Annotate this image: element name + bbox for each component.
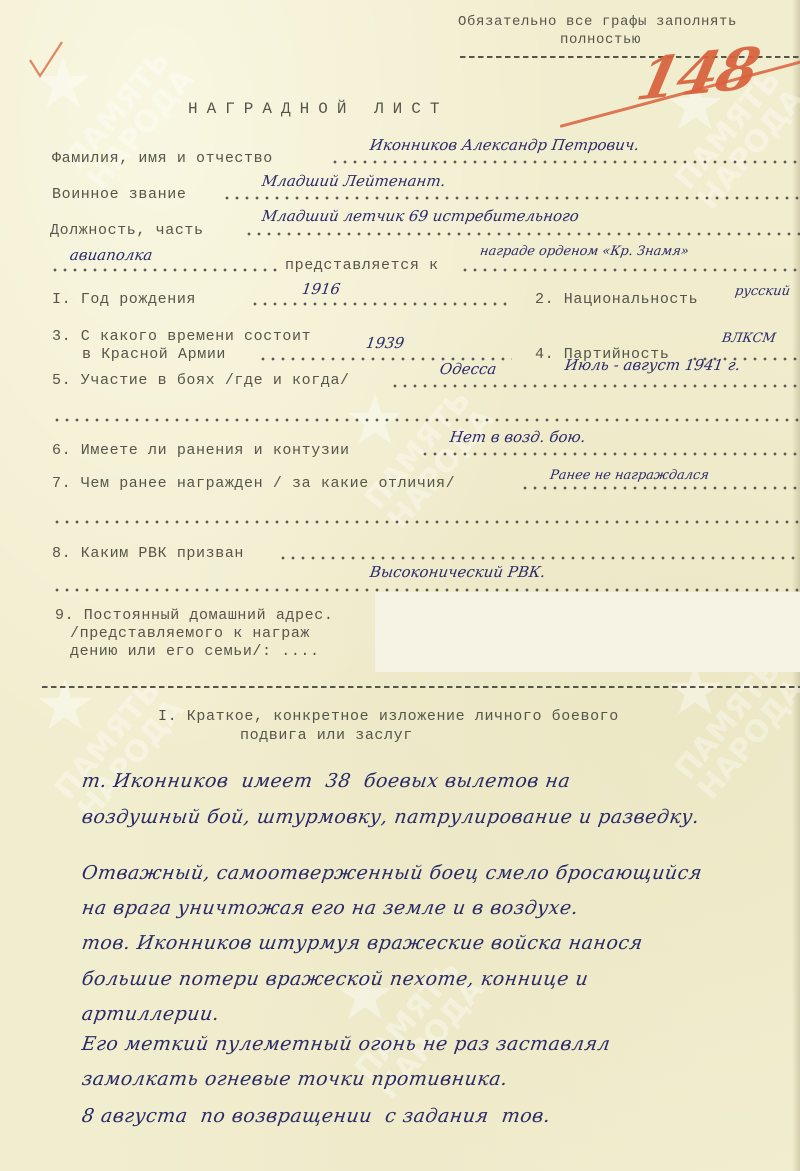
rank-value[interactable]: Младший Лейтенант. [261, 172, 447, 190]
narrative-line: тов. Иконников штурмуя вражеские войска … [80, 932, 644, 954]
section-heading-line2: подвига или заслуг [240, 727, 413, 744]
narrative-line: т. Иконников имеет 38 боевых вылетов на [80, 770, 571, 792]
wounds-dotted-line [420, 452, 800, 456]
wounds-label: 6. Имеете ли ранения и контузии [52, 442, 350, 459]
battles-date-value[interactable]: Июль - август 1941 г. [564, 356, 742, 374]
battles-place-value[interactable]: Одесса [439, 360, 498, 378]
battles-label: 5. Участие в боях /где и когда/ [52, 372, 350, 389]
notice-line1: Обязательно все графы заполнять [458, 14, 737, 30]
paper-edge-shadow [792, 0, 800, 1171]
narrative-line: Его меткий пулеметный огонь не раз заста… [80, 1033, 611, 1055]
address-label-line3: дению или его семьи/: .... [70, 643, 320, 660]
rvk-value[interactable]: Высоконический РВК. [369, 563, 547, 581]
prior-awards-value[interactable]: Ранее не награждался [549, 468, 710, 483]
battles-dotted-line [390, 384, 800, 388]
nationality-label: 2. Национальность [535, 291, 698, 308]
rvk-dotted-line [278, 556, 800, 560]
prior-awards-cont-dotted-line [52, 520, 800, 524]
army-since-label-line2: в Красной Армии [82, 346, 226, 363]
watermark-star-icon: ★ [30, 670, 100, 740]
position-cont-dotted-line [50, 268, 280, 272]
narrative-line: Отважный, самоотверженный боец смело бро… [80, 862, 703, 884]
wounds-value[interactable]: Нет в возд. бою. [449, 428, 587, 446]
page-title: НАГРАДНОЙ ЛИСТ [188, 100, 448, 118]
party-value[interactable]: ВЛКСМ [721, 331, 777, 346]
position-dotted-line [244, 232, 800, 236]
nominated-dotted-line [460, 268, 800, 272]
birth-year-dotted-line [250, 302, 510, 306]
narrative-line: на врага уничтожая его на земле и в возд… [80, 897, 579, 919]
section-divider [42, 686, 800, 688]
name-label: Фамилия, имя и отчество [52, 150, 273, 167]
rank-label: Воинное звание [52, 186, 186, 203]
notice-line2: полностью [560, 32, 641, 48]
narrative-line: воздушный бой, штурмовку, патрулирование… [80, 806, 701, 828]
prior-awards-label: 7. Чем ранее награжден / за какие отличи… [52, 475, 455, 492]
narrative-line: замолкать огневые точки противника. [80, 1068, 509, 1090]
watermark-line1: ПАМЯТЬ [358, 383, 478, 516]
name-dotted-line [330, 160, 800, 164]
rank-dotted-line [222, 196, 800, 200]
red-checkmark-icon [28, 40, 64, 80]
nationality-value[interactable]: русский [734, 284, 791, 299]
army-since-value[interactable]: 1939 [365, 334, 406, 352]
watermark-pamyat-naroda: ПАМЯТЬНАРОДА [343, 364, 518, 556]
position-value[interactable]: Младший летчик 69 истребительного [261, 207, 580, 225]
address-label-line1: 9. Постоянный домашний адрес. [55, 607, 333, 624]
address-label-line2: /представляемого к награж [70, 625, 310, 642]
position-label: Должность, часть [50, 222, 204, 239]
battles-cont-dotted-line [52, 418, 800, 422]
position-value-cont[interactable]: авиаполка [69, 246, 154, 264]
section-heading-line1: I. Краткое, конкретное изложение личного… [158, 708, 619, 725]
watermark-line1: ПАМЯТЬ [668, 653, 788, 786]
army-since-label-line1: 3. С какого времени состоит [52, 328, 311, 345]
watermark-pamyat-naroda: ПАМЯТЬНАРОДА [333, 934, 508, 1126]
narrative-line: артиллерии. [80, 1003, 220, 1025]
rvk-label: 8. Каким РВК призван [52, 545, 244, 562]
address-redacted-block [375, 592, 800, 672]
watermark-line2: НАРОДА [691, 672, 800, 806]
nominated-label: представляется к [285, 257, 439, 274]
nominated-value[interactable]: награде орденом «Кр. Знамя» [479, 244, 690, 259]
watermark-line2: НАРОДА [81, 62, 202, 196]
name-value[interactable]: Иконников Александр Петрович. [369, 136, 641, 154]
narrative-line: большие потери вражеской пехоте, коннице… [80, 968, 589, 990]
birth-year-label: I. Год рождения [52, 291, 196, 308]
birth-year-value[interactable]: 1916 [301, 280, 342, 298]
narrative-line: 8 августа по возвращении с задания тов. [80, 1105, 551, 1127]
watermark-line2: НАРОДА [381, 402, 502, 536]
prior-awards-dotted-line [520, 486, 800, 490]
